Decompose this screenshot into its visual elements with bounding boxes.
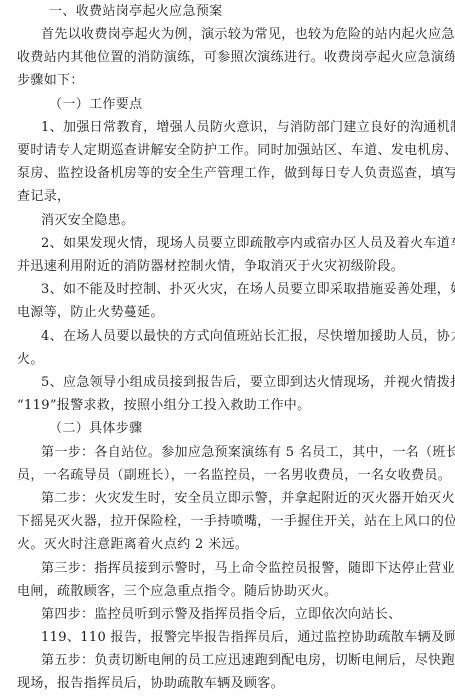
text-line: 现场，报告指挥员后，协助疏散车辆及顾客。 [17, 676, 284, 692]
text-line: 下摇晃灭火器，拉开保险栓，一手持喷嘴，一手握住开关，站在上风口的位置灭 [17, 514, 455, 530]
text-line: 要时请专人定期巡查讲解安全防护工作。同时加强站区、车道、发电机房、地源热 [17, 143, 455, 159]
text-line: 电源等，防止火势蔓延。 [17, 305, 164, 321]
text-line: 消灭安全隐患。 [41, 213, 134, 229]
text-line: 首先以收费岗亭起火为例，演示较为常见，也较为危险的站内起火应急预案。 [41, 27, 455, 43]
text-line: 一、收费站岗亭起火应急预案 [49, 4, 223, 20]
text-line: 第五步：负责切断电闸的员工应迅速跑到配电房，切断电闸后，尽快跑回事故 [41, 653, 455, 669]
text-line: “119”报警求救，按照小组分工投入救助工作中。 [17, 398, 311, 414]
text-line: 第四步：监控员听到示警及指挥员指令后，立即依次向站长、 [41, 607, 401, 623]
text-line: 5、应急领导小组成员接到报告后，要立即到达火情现场，并视火情拨打 [41, 375, 455, 391]
text-line: （一）工作要点 [49, 97, 142, 113]
text-line: 并迅速利用附近的消防器材控制火情，争取消灭于火灾初级阶段。 [17, 259, 404, 275]
text-line: 电闸，疏散顾客，三个应急重点指令。随后协助灭火。 [17, 584, 337, 600]
text-line: 员，一名疏导员（副班长），一名监控员，一名男收费员，一名女收费员。 [17, 468, 451, 484]
text-line: 第三步：指挥员接到示警时，马上命令监控员报警，随即下达停止营业，切断 [41, 561, 455, 577]
text-line: 火。 [17, 352, 44, 368]
text-line: 119、110 报告，报警完毕报告指挥员后，通过监控协助疏散车辆及顾客。 [41, 630, 455, 646]
text-line: 火。灭火时注意距离着火点约 2 米远。 [17, 537, 248, 553]
text-line: 1、加强日常教育，增强人员防火意识，与消防部门建立良好的沟通机制，必 [41, 120, 455, 136]
text-line: 第二步：火灾发生时，安全员立即示警，并拿起附近的灭火器开始灭火，先上 [41, 491, 455, 507]
text-line: 第一步：各自站位。参加应急预案演练有 5 名员工，其中，一名（班长）指挥 [41, 445, 455, 461]
text-line: 收费站内其他位置的消防演练，可参照次演练进行。收费岗亭起火应急演练的大致 [17, 50, 455, 66]
text-line: 步骤如下： [17, 73, 84, 89]
text-line: （二）具体步骤 [49, 421, 142, 437]
document-page: 一、收费站岗亭起火应急预案首先以收费岗亭起火为例，演示较为常见，也较为危险的站内… [0, 0, 455, 697]
text-line: 查记录， [17, 189, 70, 205]
text-line: 4、在场人员要以最快的方式向值班站长汇报，尽快增加援助人员，协力救 [41, 329, 455, 345]
text-line: 2、如果发现火情，现场人员要立即疏散亭内或宿办区人员及着火车道车辆， [41, 236, 455, 252]
text-line: 3、如不能及时控制、扑灭火灾，在场人员要立即采取措施妥善处理，如切断 [41, 282, 455, 298]
text-line: 泵房、监控设备机房等的安全生产管理工作，做到每日专人负责巡查，填写安全检 [17, 166, 455, 182]
